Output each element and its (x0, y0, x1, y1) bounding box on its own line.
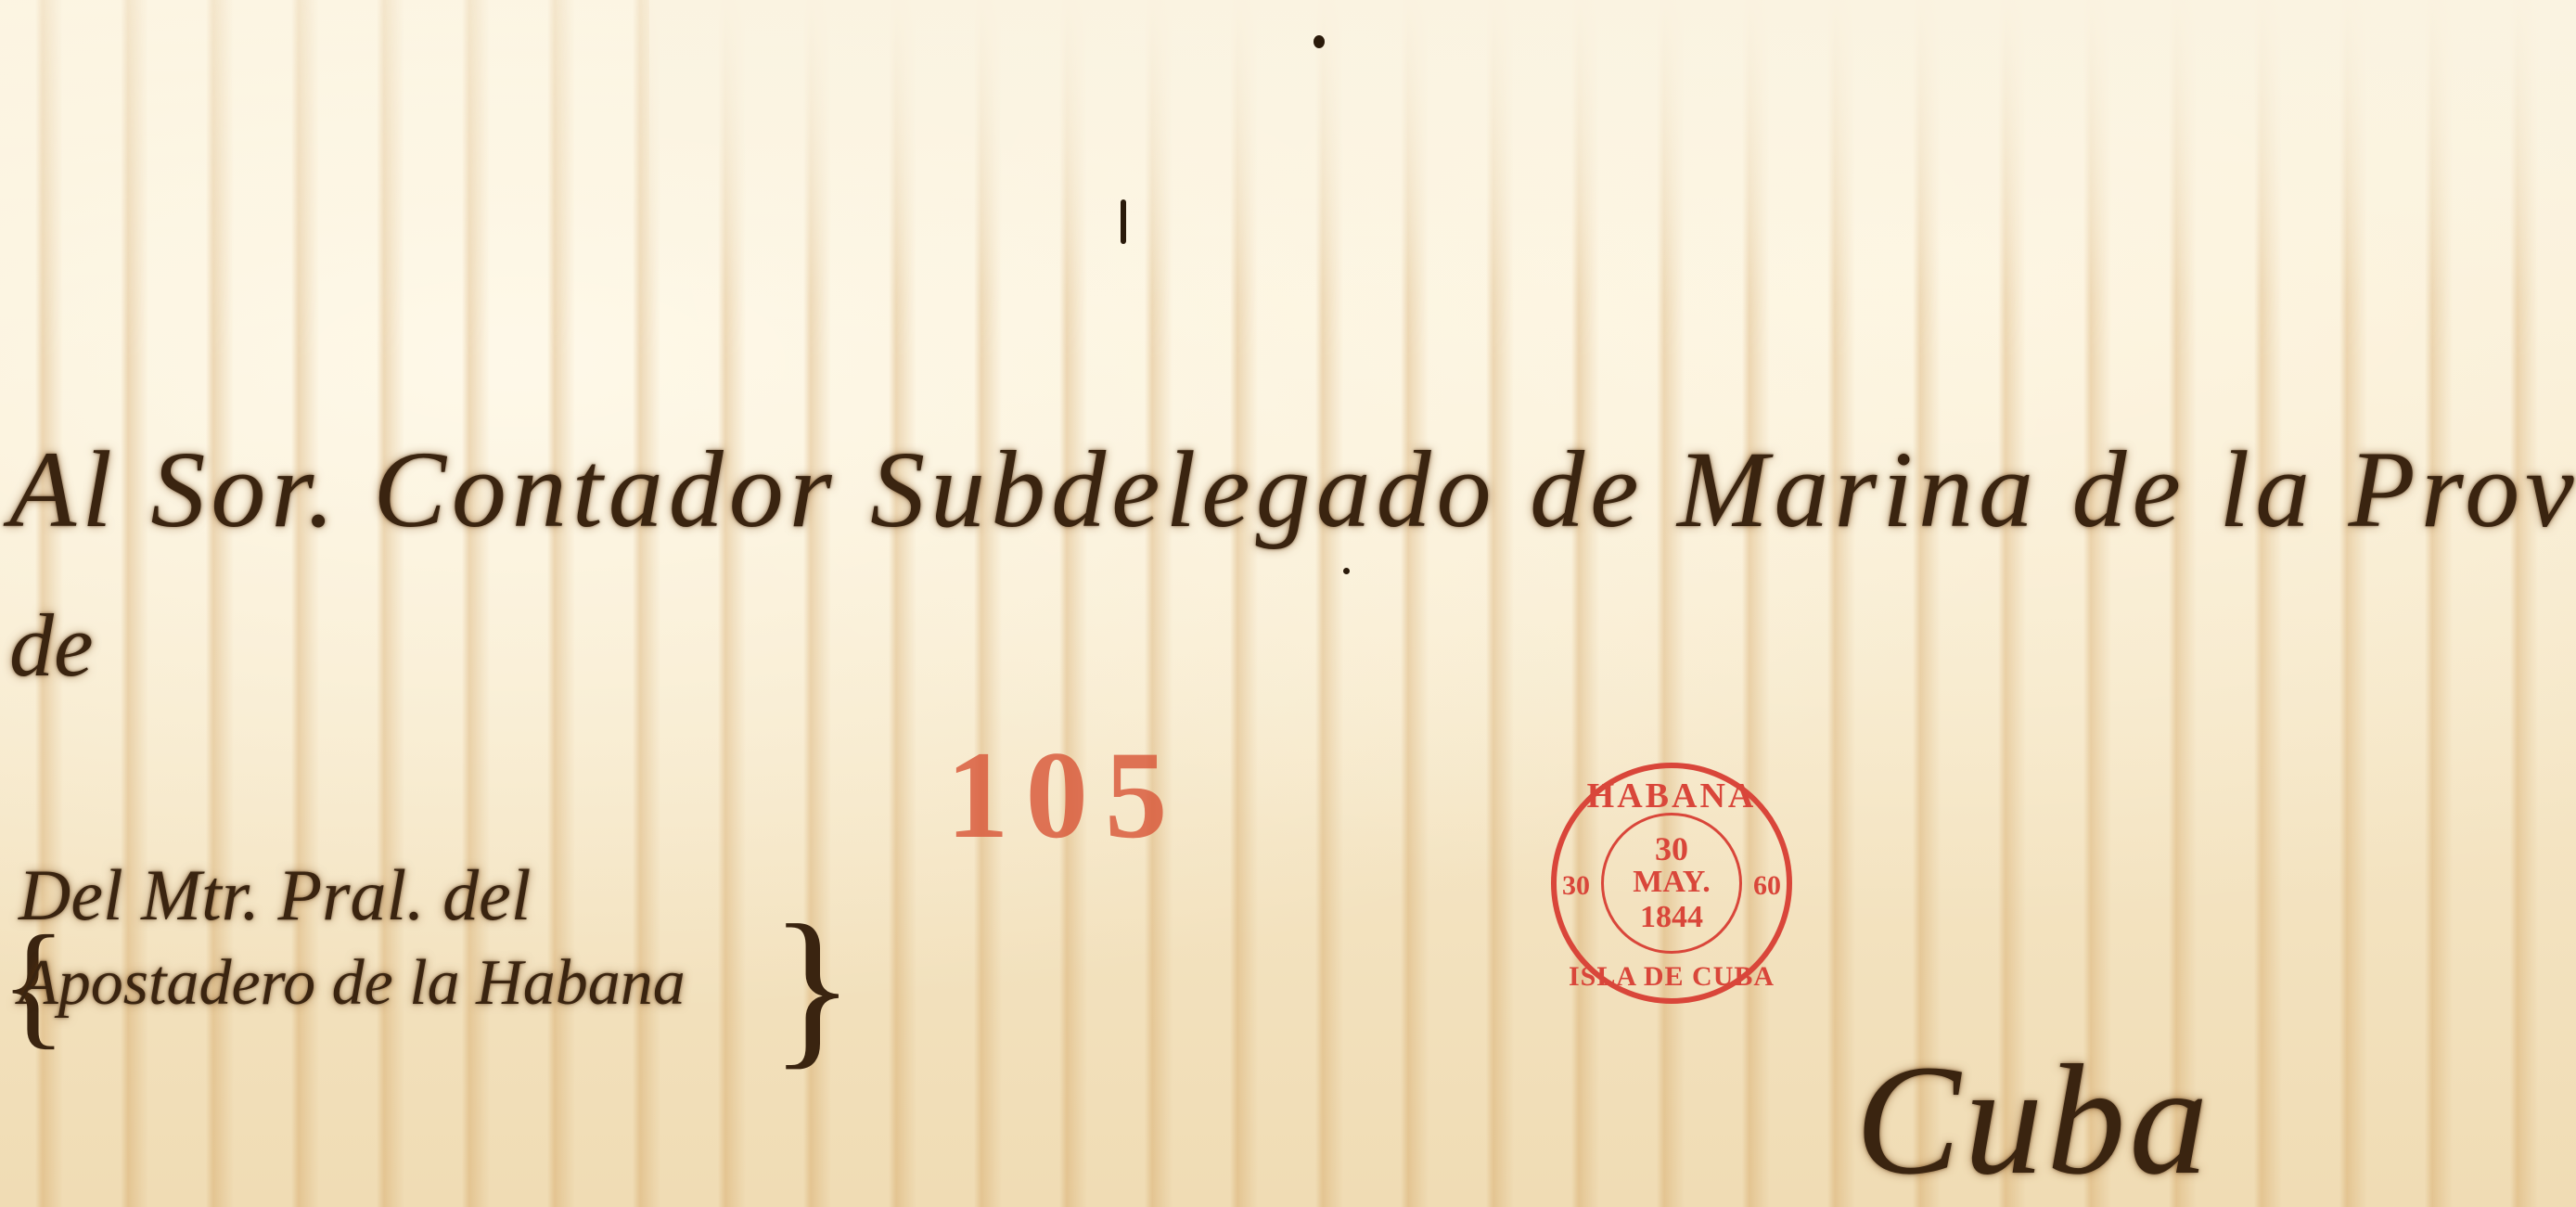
paper-top-area (649, 0, 2576, 297)
postmark-year: 1844 (1557, 900, 1787, 935)
address-line-1: Al Sor. Contador Subdelegado de Marina d… (9, 427, 2576, 553)
postmark-country: ISLA DE CUBA (1557, 961, 1787, 993)
ink-speck (1314, 35, 1325, 48)
postmark-day: 30 (1557, 829, 1787, 868)
destination-cuba: Cuba (1855, 1030, 2211, 1207)
sender-line-1: Del Mtr. Pral. del (19, 854, 531, 937)
habana-postmark: HABANA 30 MAY. 1844 30 60 ISLA DE CUBA (1551, 763, 1792, 1004)
postmark-city: HABANA (1557, 776, 1787, 816)
sender-line-2: Apostadero de la Habana (19, 946, 686, 1021)
rate-handstamp: 105 (946, 724, 1185, 867)
right-brace: } (770, 886, 854, 1088)
ink-speck (1343, 568, 1350, 574)
postmark-month: MAY. (1557, 865, 1787, 900)
postmark-left-number: 30 (1562, 870, 1590, 902)
address-line-2: de (9, 594, 94, 697)
ink-stroke (1121, 199, 1126, 244)
postmark-right-number: 60 (1753, 870, 1781, 902)
